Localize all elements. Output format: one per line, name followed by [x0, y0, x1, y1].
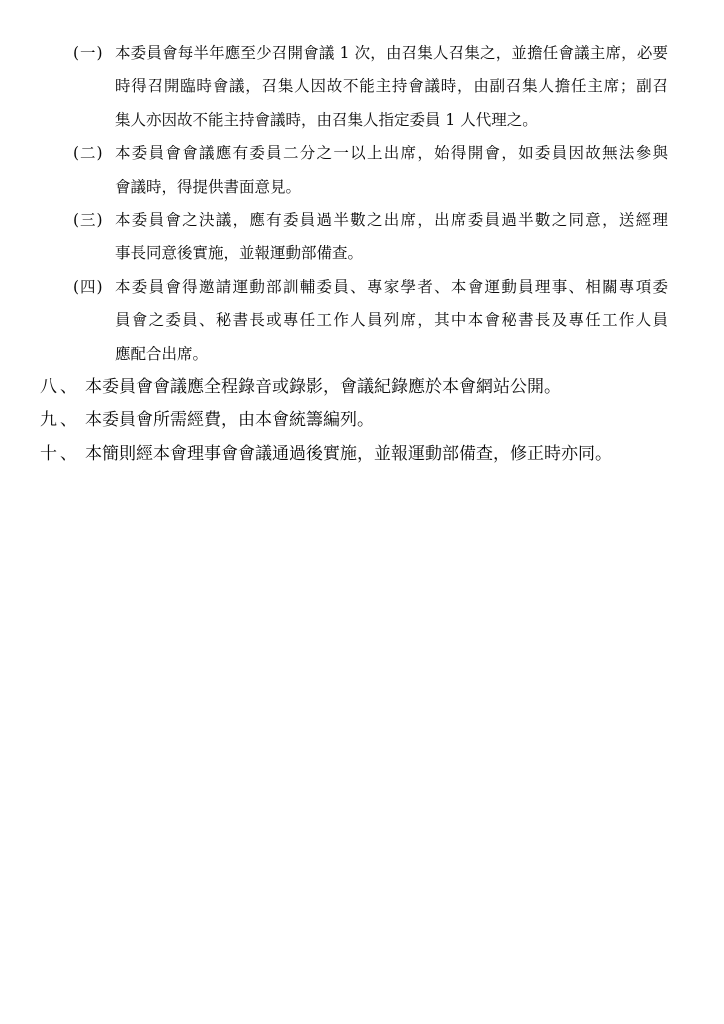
- text-line: 本委員會之決議，應有委員過半數之出席，出席委員過半數之同意，送經理: [115, 204, 668, 237]
- list-item-sub-4: (四) 本委員會得邀請運動部訓輔委員、專家學者、本會運動員理事、相關專項委 員會…: [0, 271, 724, 371]
- item-text: 本委員會得邀請運動部訓輔委員、專家學者、本會運動員理事、相關專項委 員會之委員、…: [115, 271, 668, 371]
- text-line: 本簡則經本會理事會會議通過後實施，並報運動部備查，修正時亦同。: [85, 438, 684, 471]
- list-item-sub-2: (二) 本委員會會議應有委員二分之一以上出席，始得開會，如委員因故無法參與 會議…: [0, 137, 724, 204]
- text-line: 本委員會會議應全程錄音或錄影，會議紀錄應於本會網站公開。: [85, 371, 684, 404]
- list-item-10: 十、 本簡則經本會理事會會議通過後實施，並報運動部備查，修正時亦同。: [0, 438, 724, 471]
- list-item-sub-1: (一) 本委員會每半年應至少召開會議 1 次，由召集人召集之，並擔任會議主席，必…: [0, 37, 724, 137]
- item-number-label: 十、: [40, 438, 80, 471]
- document-page: (一) 本委員會每半年應至少召開會議 1 次，由召集人召集之，並擔任會議主席，必…: [0, 0, 724, 1024]
- text-line: 本委員會會議應有委員二分之一以上出席，始得開會，如委員因故無法參與: [115, 137, 668, 170]
- list-item-8: 八、 本委員會會議應全程錄音或錄影，會議紀錄應於本會網站公開。: [0, 371, 724, 404]
- item-number-label: (三): [73, 204, 104, 237]
- item-text: 本簡則經本會理事會會議通過後實施，並報運動部備查，修正時亦同。: [85, 438, 684, 471]
- item-text: 本委員會會議應有委員二分之一以上出席，始得開會，如委員因故無法參與 會議時，得提…: [115, 137, 668, 204]
- text-line: 本委員會得邀請運動部訓輔委員、專家學者、本會運動員理事、相關專項委: [115, 271, 668, 304]
- item-number-label: 九、: [40, 404, 80, 437]
- item-text: 本委員會會議應全程錄音或錄影，會議紀錄應於本會網站公開。: [85, 371, 684, 404]
- text-line: 集人亦因故不能主持會議時，由召集人指定委員 1 人代理之。: [115, 104, 668, 137]
- list-item-9: 九、 本委員會所需經費，由本會統籌編列。: [0, 404, 724, 437]
- item-number-label: 八、: [40, 371, 80, 404]
- item-text: 本委員會之決議，應有委員過半數之出席，出席委員過半數之同意，送經理 事長同意後實…: [115, 204, 668, 271]
- text-line: 員會之委員、秘書長或專任工作人員列席，其中本會秘書長及專任工作人員: [115, 304, 668, 337]
- item-number-label: (一): [73, 37, 104, 70]
- item-number-label: (四): [73, 271, 104, 304]
- item-text: 本委員會所需經費，由本會統籌編列。: [85, 404, 684, 437]
- item-number-label: (二): [73, 137, 104, 170]
- list-item-sub-3: (三) 本委員會之決議，應有委員過半數之出席，出席委員過半數之同意，送經理 事長…: [0, 204, 724, 271]
- text-line: 事長同意後實施，並報運動部備查。: [115, 237, 668, 270]
- text-line: 會議時，得提供書面意見。: [115, 171, 668, 204]
- text-line: 本委員會所需經費，由本會統籌編列。: [85, 404, 684, 437]
- text-line: 本委員會每半年應至少召開會議 1 次，由召集人召集之，並擔任會議主席，必要: [115, 37, 668, 70]
- document-body: (一) 本委員會每半年應至少召開會議 1 次，由召集人召集之，並擔任會議主席，必…: [0, 37, 724, 471]
- text-line: 應配合出席。: [115, 338, 668, 371]
- item-text: 本委員會每半年應至少召開會議 1 次，由召集人召集之，並擔任會議主席，必要 時得…: [115, 37, 668, 137]
- text-line: 時得召開臨時會議，召集人因故不能主持會議時，由副召集人擔任主席；副召: [115, 70, 668, 103]
